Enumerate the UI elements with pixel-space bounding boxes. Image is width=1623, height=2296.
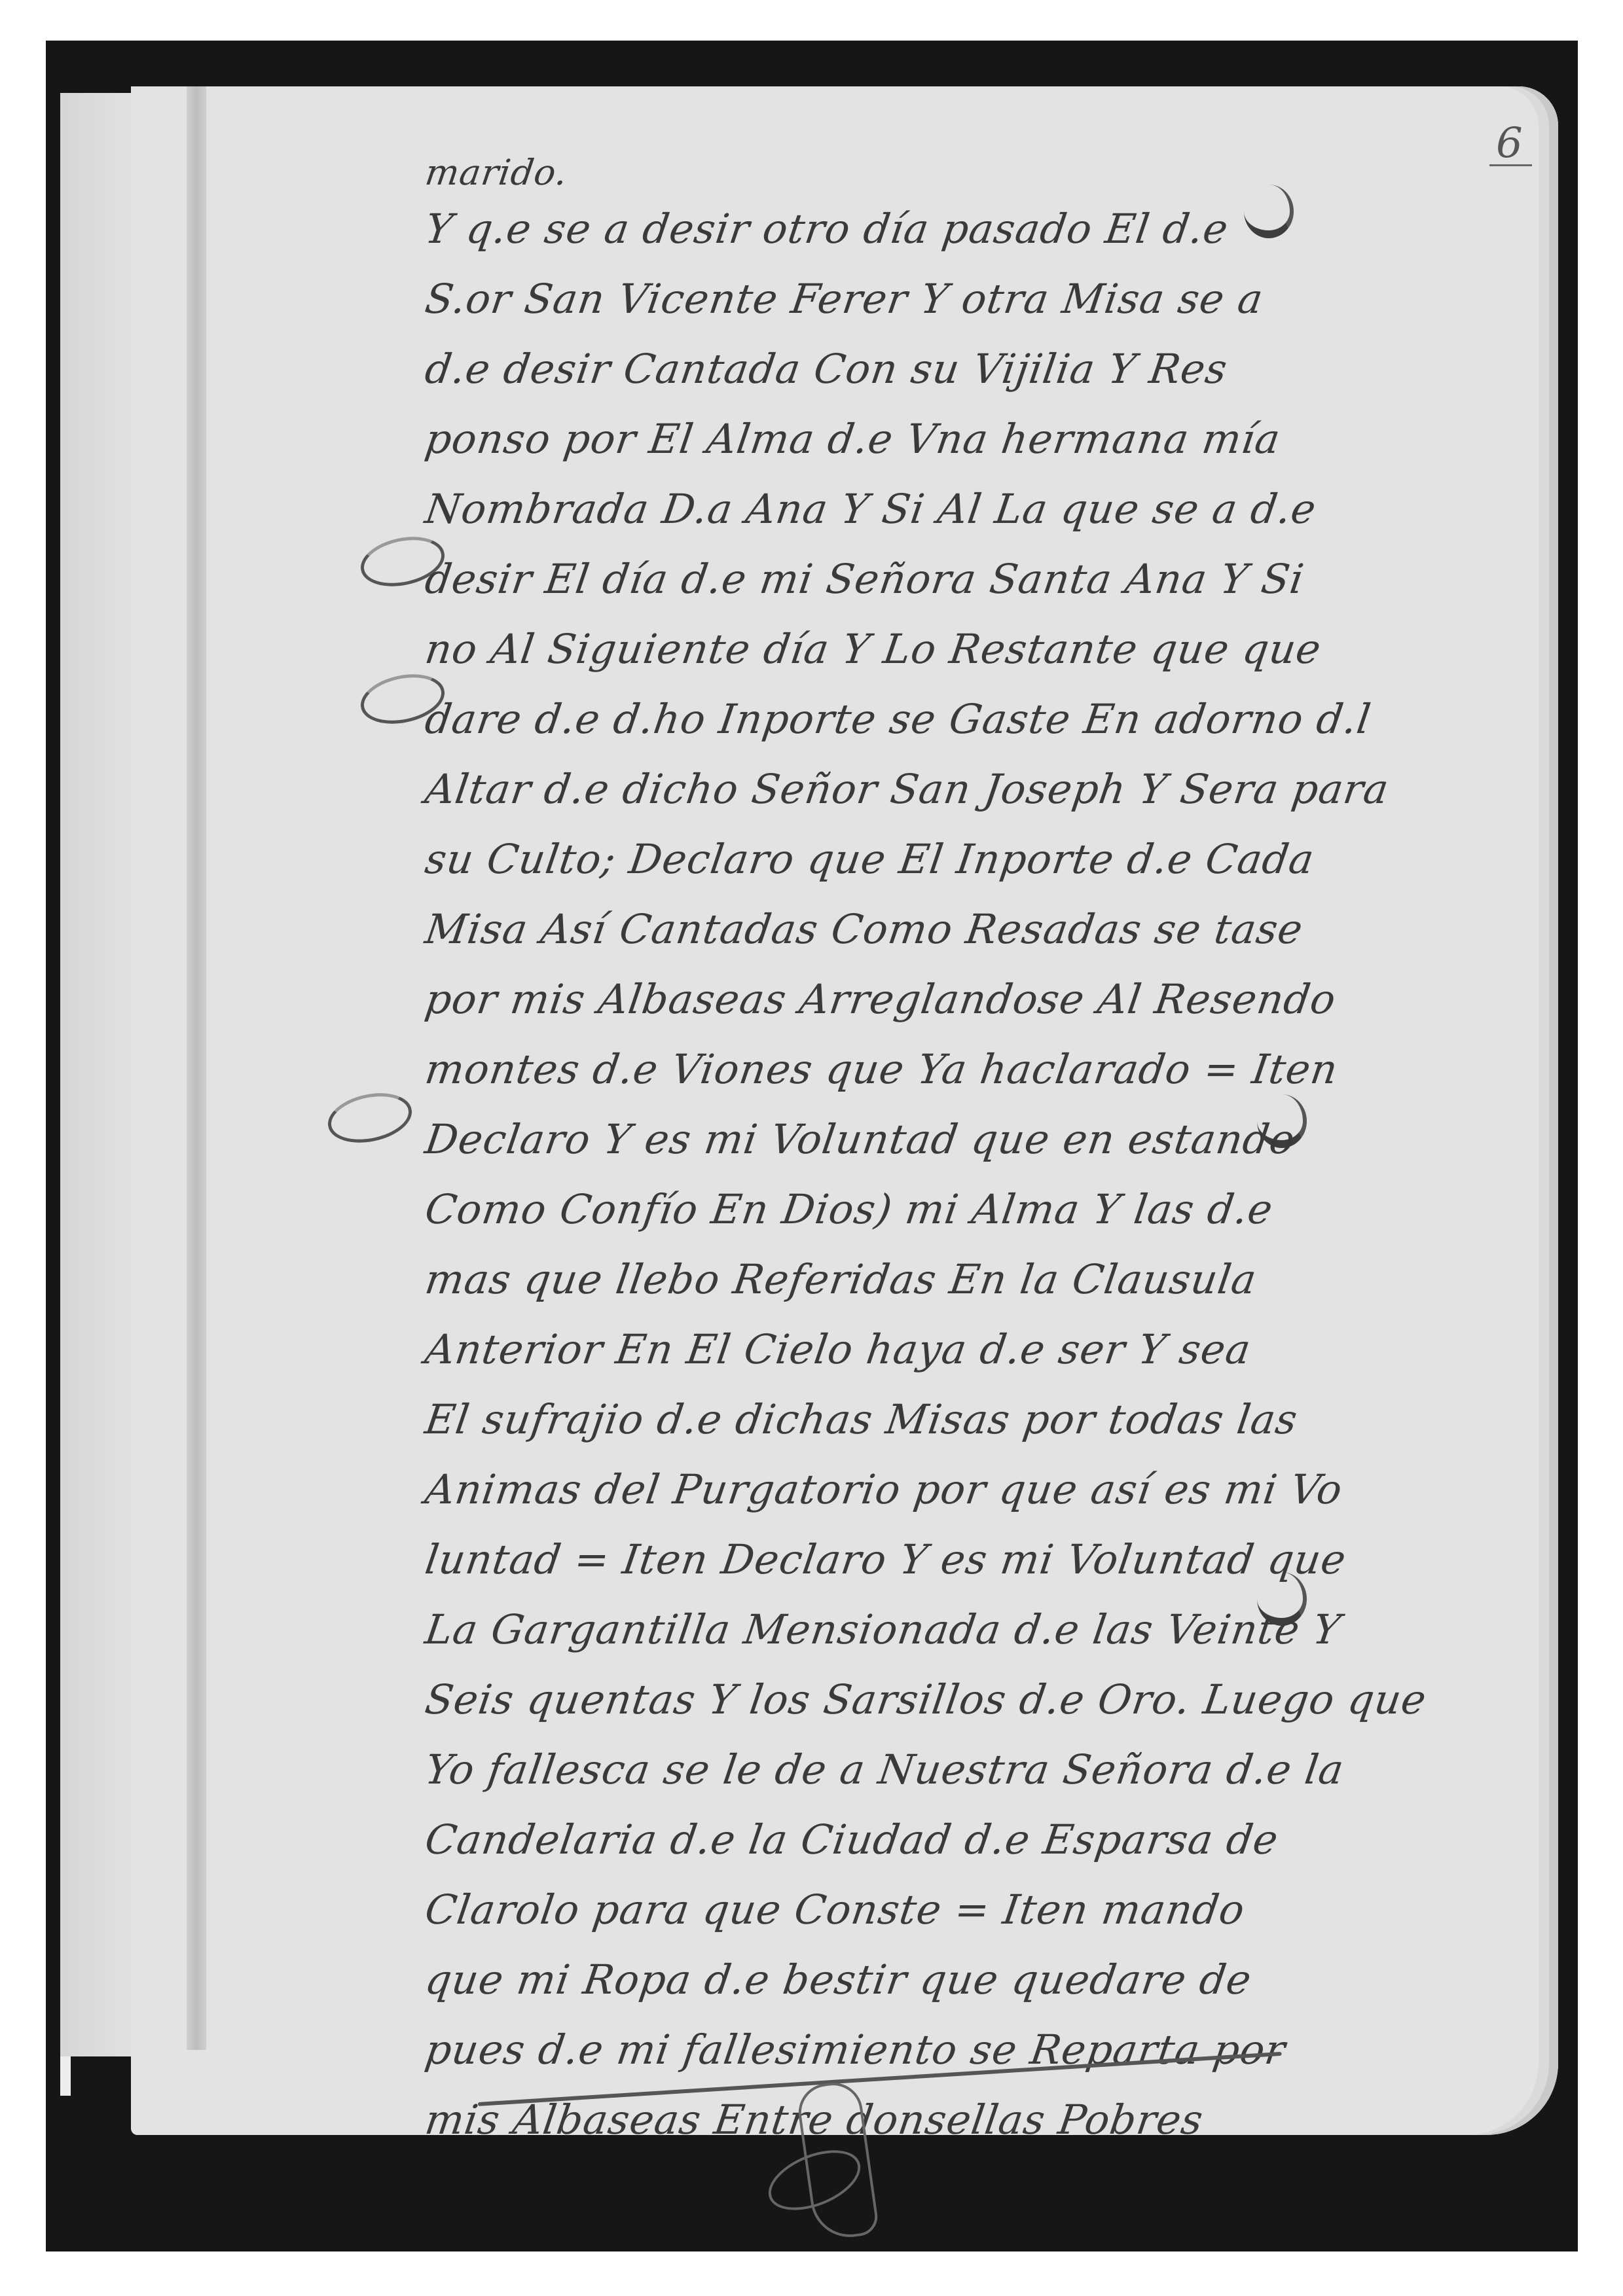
text-line: La Gargantilla Mensionada d.e las Veinte… — [420, 1594, 1360, 1664]
text-line: por mis Albaseas Arreglandose Al Resendo — [420, 964, 1360, 1034]
manuscript-text: marido. Y q.e se a desir otro día pasado… — [426, 152, 1355, 2155]
text-line: Seis quentas Y los Sarsillos d.e Oro. Lu… — [420, 1664, 1360, 1734]
text-line: Declaro Y es mi Voluntad que en estando — [420, 1104, 1360, 1174]
folio-number: 6 — [1489, 122, 1532, 166]
text-line: Como Confío En Dios) mi Alma Y las d.e — [420, 1174, 1360, 1244]
adjacent-leaf-corner — [60, 2056, 71, 2096]
text-line: Y q.e se a desir otro día pasado El d.e — [420, 194, 1360, 264]
text-line: dare d.e d.ho Inporte se Gaste En adorno… — [420, 684, 1360, 754]
text-line: Candelaria d.e la Ciudad d.e Esparsa de — [420, 1804, 1360, 1874]
text-line: pues d.e mi fallesimiento se Reparta por — [420, 2015, 1360, 2085]
scan-frame: 6 marido. Y q.e se a desir otro día pasa… — [46, 41, 1578, 2251]
text-line: El sufrajio d.e dichas Misas por todas l… — [420, 1384, 1360, 1454]
text-line: luntad = Iten Declaro Y es mi Voluntad q… — [420, 1524, 1360, 1594]
text-line: Altar d.e dicho Señor San Joseph Y Sera … — [420, 754, 1360, 824]
text-line: Anterior En El Cielo haya d.e ser Y sea — [420, 1314, 1360, 1384]
text-line: que mi Ropa d.e bestir que quedare de — [420, 1945, 1360, 2015]
text-line: Yo fallesca se le de a Nuestra Señora d.… — [420, 1734, 1360, 1804]
text-line: Clarolo para que Conste = Iten mando — [420, 1874, 1360, 1945]
text-line: mis Albaseas Entre donsellas Pobres — [420, 2085, 1360, 2155]
binding-fold — [187, 86, 206, 2050]
text-line: desir El día d.e mi Señora Santa Ana Y S… — [420, 544, 1360, 614]
text-line: d.e desir Cantada Con su Vijilia Y Res — [420, 334, 1360, 404]
text-line: su Culto; Declaro que El Inporte d.e Cad… — [420, 824, 1360, 894]
text-line: S.or San Vicente Ferer Y otra Misa se a — [420, 264, 1360, 334]
text-line: marido. — [423, 152, 1359, 194]
margin-flourish-icon — [323, 1086, 416, 1149]
text-line: Nombrada D.a Ana Y Si Al La que se a d.e — [420, 474, 1360, 544]
text-line: ponso por El Alma d.e Vna hermana mía — [420, 404, 1360, 474]
text-line: Animas del Purgatorio por que así es mi … — [420, 1454, 1360, 1524]
text-line: montes d.e Viones que Ya haclarado = Ite… — [420, 1034, 1360, 1104]
text-line: Misa Así Cantadas Como Resadas se tase — [420, 894, 1360, 964]
manuscript-page: 6 marido. Y q.e se a desir otro día pasa… — [131, 86, 1558, 2135]
text-line: mas que llebo Referidas En la Clausula — [420, 1244, 1360, 1314]
text-line: no Al Siguiente día Y Lo Restante que qu… — [420, 614, 1360, 684]
